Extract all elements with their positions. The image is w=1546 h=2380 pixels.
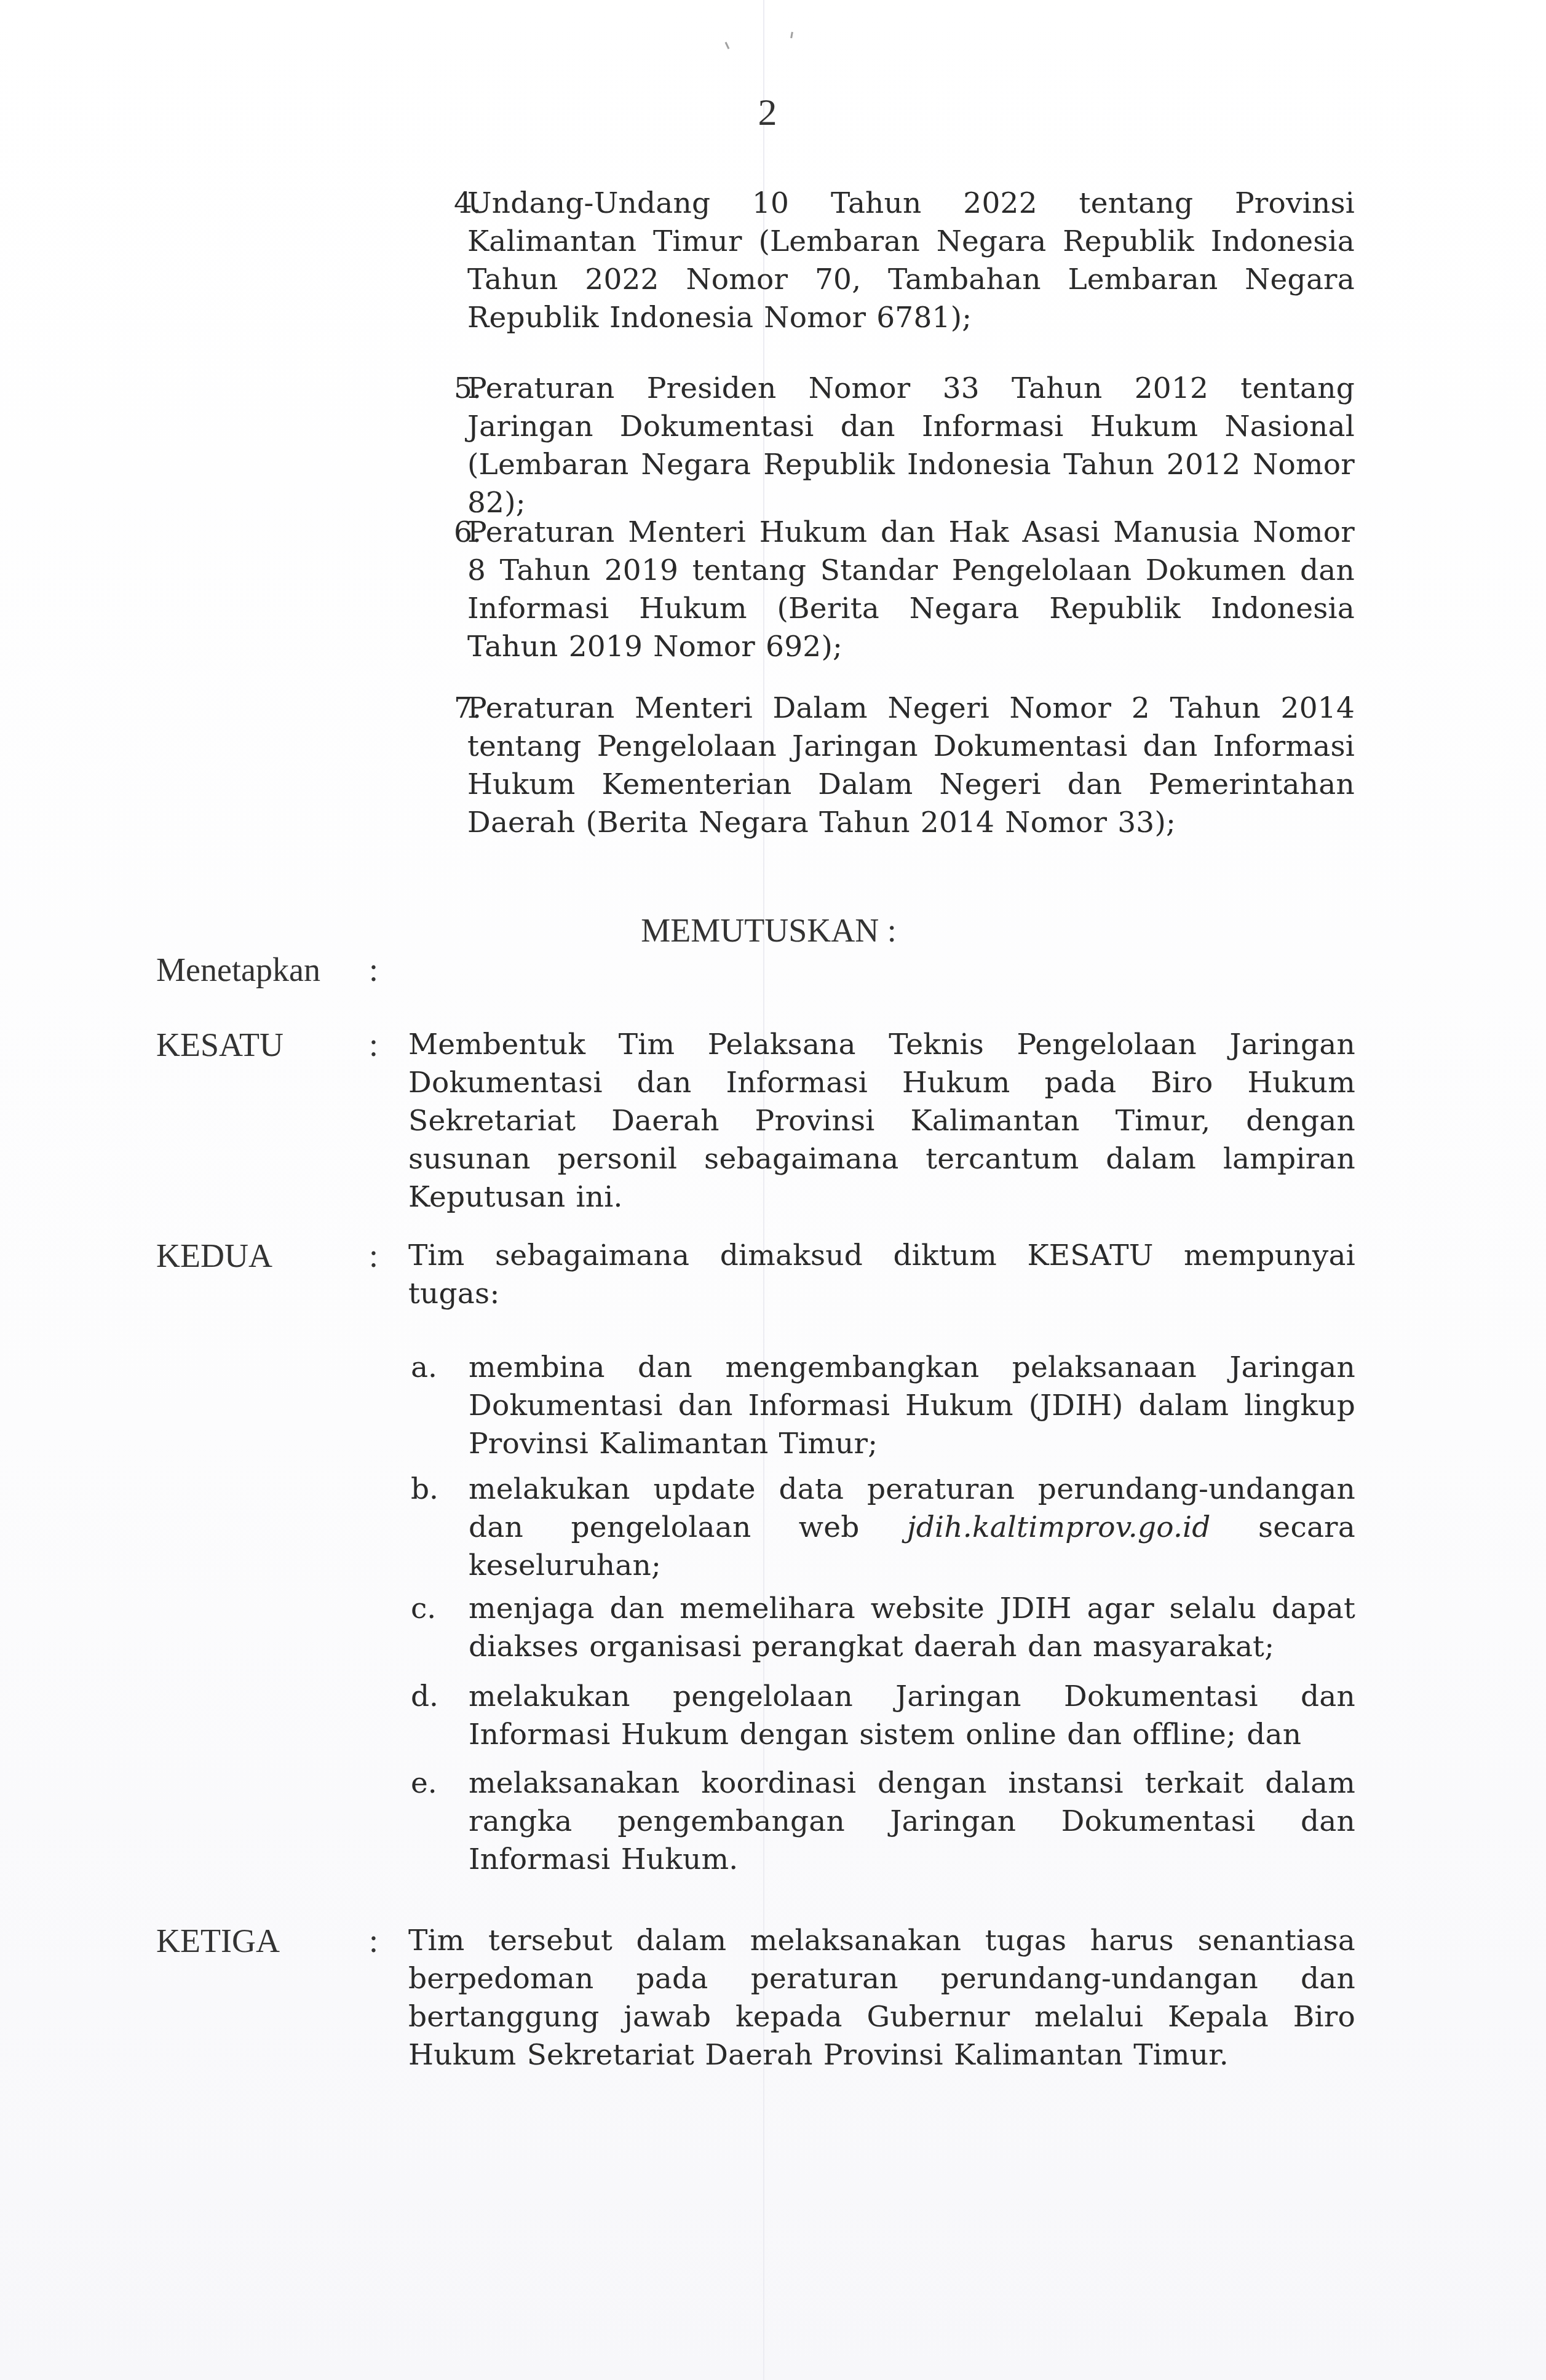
item-text-content: Peraturan Menteri Dalam Negeri Nomor 2 T…	[467, 689, 1355, 842]
consideration-item: 7. Peraturan Menteri Dalam Negeri Nomor …	[454, 689, 1355, 842]
diktum-ketiga-colon: :	[369, 1922, 378, 1960]
jdih-website-link[interactable]: jdih.kaltimprov.go.id	[907, 1510, 1211, 1544]
task-text: menjaga dan memelihara website JDIH agar…	[469, 1590, 1355, 1666]
task-text: membina dan mengembangkan pelaksanaan Ja…	[469, 1349, 1355, 1463]
diktum-kesatu-text: Membentuk Tim Pelaksana Teknis Pengelola…	[408, 1026, 1355, 1216]
item-number: 5.	[454, 370, 482, 408]
item-number: 6.	[454, 514, 482, 552]
task-item: e. melaksanakan koordinasi dengan instan…	[411, 1764, 1355, 1879]
consideration-item: 6. Peraturan Menteri Hukum dan Hak Asasi…	[454, 514, 1355, 666]
diktum-ketiga-label: KETIGA	[156, 1922, 280, 1960]
task-text: melakukan pengelolaan Jaringan Dokumenta…	[469, 1678, 1355, 1754]
task-letter: c.	[411, 1590, 436, 1628]
task-item: c. menjaga dan memelihara website JDIH a…	[411, 1590, 1355, 1666]
task-text: melaksanakan koordinasi dengan instansi …	[469, 1764, 1355, 1879]
item-text: Undang-Undang 10 Tahun 2022 tentang Prov…	[467, 184, 1355, 337]
menetapkan-colon: :	[369, 951, 378, 989]
task-item: d. melakukan pengelolaan Jaringan Dokume…	[411, 1678, 1355, 1754]
item-number: 4.	[454, 184, 482, 223]
item-text-content: Undang-Undang 10 Tahun 2022 tentang Prov…	[467, 184, 1355, 337]
task-text: melakukan update data peraturan perundan…	[469, 1470, 1355, 1585]
document-page: 2 4. Undang-Undang 10 Tahun 2022 tentang…	[0, 0, 1546, 2380]
task-item: a. membina dan mengembangkan pelaksanaan…	[411, 1349, 1355, 1463]
decision-heading: MEMUTUSKAN :	[627, 911, 910, 950]
consideration-item: 4. Undang-Undang 10 Tahun 2022 tentang P…	[454, 184, 1355, 337]
task-item: b. melakukan update data peraturan perun…	[411, 1470, 1355, 1585]
item-text-content: Peraturan Presiden Nomor 33 Tahun 2012 t…	[467, 370, 1355, 522]
item-text-content: Peraturan Menteri Hukum dan Hak Asasi Ma…	[467, 514, 1355, 666]
item-text: Peraturan Menteri Hukum dan Hak Asasi Ma…	[467, 514, 1355, 666]
task-letter: a.	[411, 1349, 437, 1387]
item-text: Peraturan Presiden Nomor 33 Tahun 2012 t…	[467, 370, 1355, 522]
scan-speck	[725, 42, 730, 49]
menetapkan-label: Menetapkan	[156, 951, 320, 989]
scan-speck	[790, 32, 793, 38]
task-letter: e.	[411, 1764, 437, 1803]
diktum-kedua-text: Tim sebagaimana dimaksud diktum KESATU m…	[408, 1237, 1355, 1313]
task-letter: b.	[411, 1470, 438, 1509]
diktum-kedua-label: KEDUA	[156, 1237, 272, 1275]
diktum-kesatu-colon: :	[369, 1026, 378, 1064]
diktum-ketiga-text: Tim tersebut dalam melaksanakan tugas ha…	[408, 1922, 1355, 2074]
item-text: Peraturan Menteri Dalam Negeri Nomor 2 T…	[467, 689, 1355, 842]
task-letter: d.	[411, 1678, 438, 1716]
diktum-kedua-colon: :	[369, 1237, 378, 1275]
diktum-kesatu-label: KESATU	[156, 1026, 283, 1064]
consideration-item: 5. Peraturan Presiden Nomor 33 Tahun 201…	[454, 370, 1355, 522]
page-number: 2	[749, 91, 786, 135]
item-number: 7.	[454, 689, 482, 728]
